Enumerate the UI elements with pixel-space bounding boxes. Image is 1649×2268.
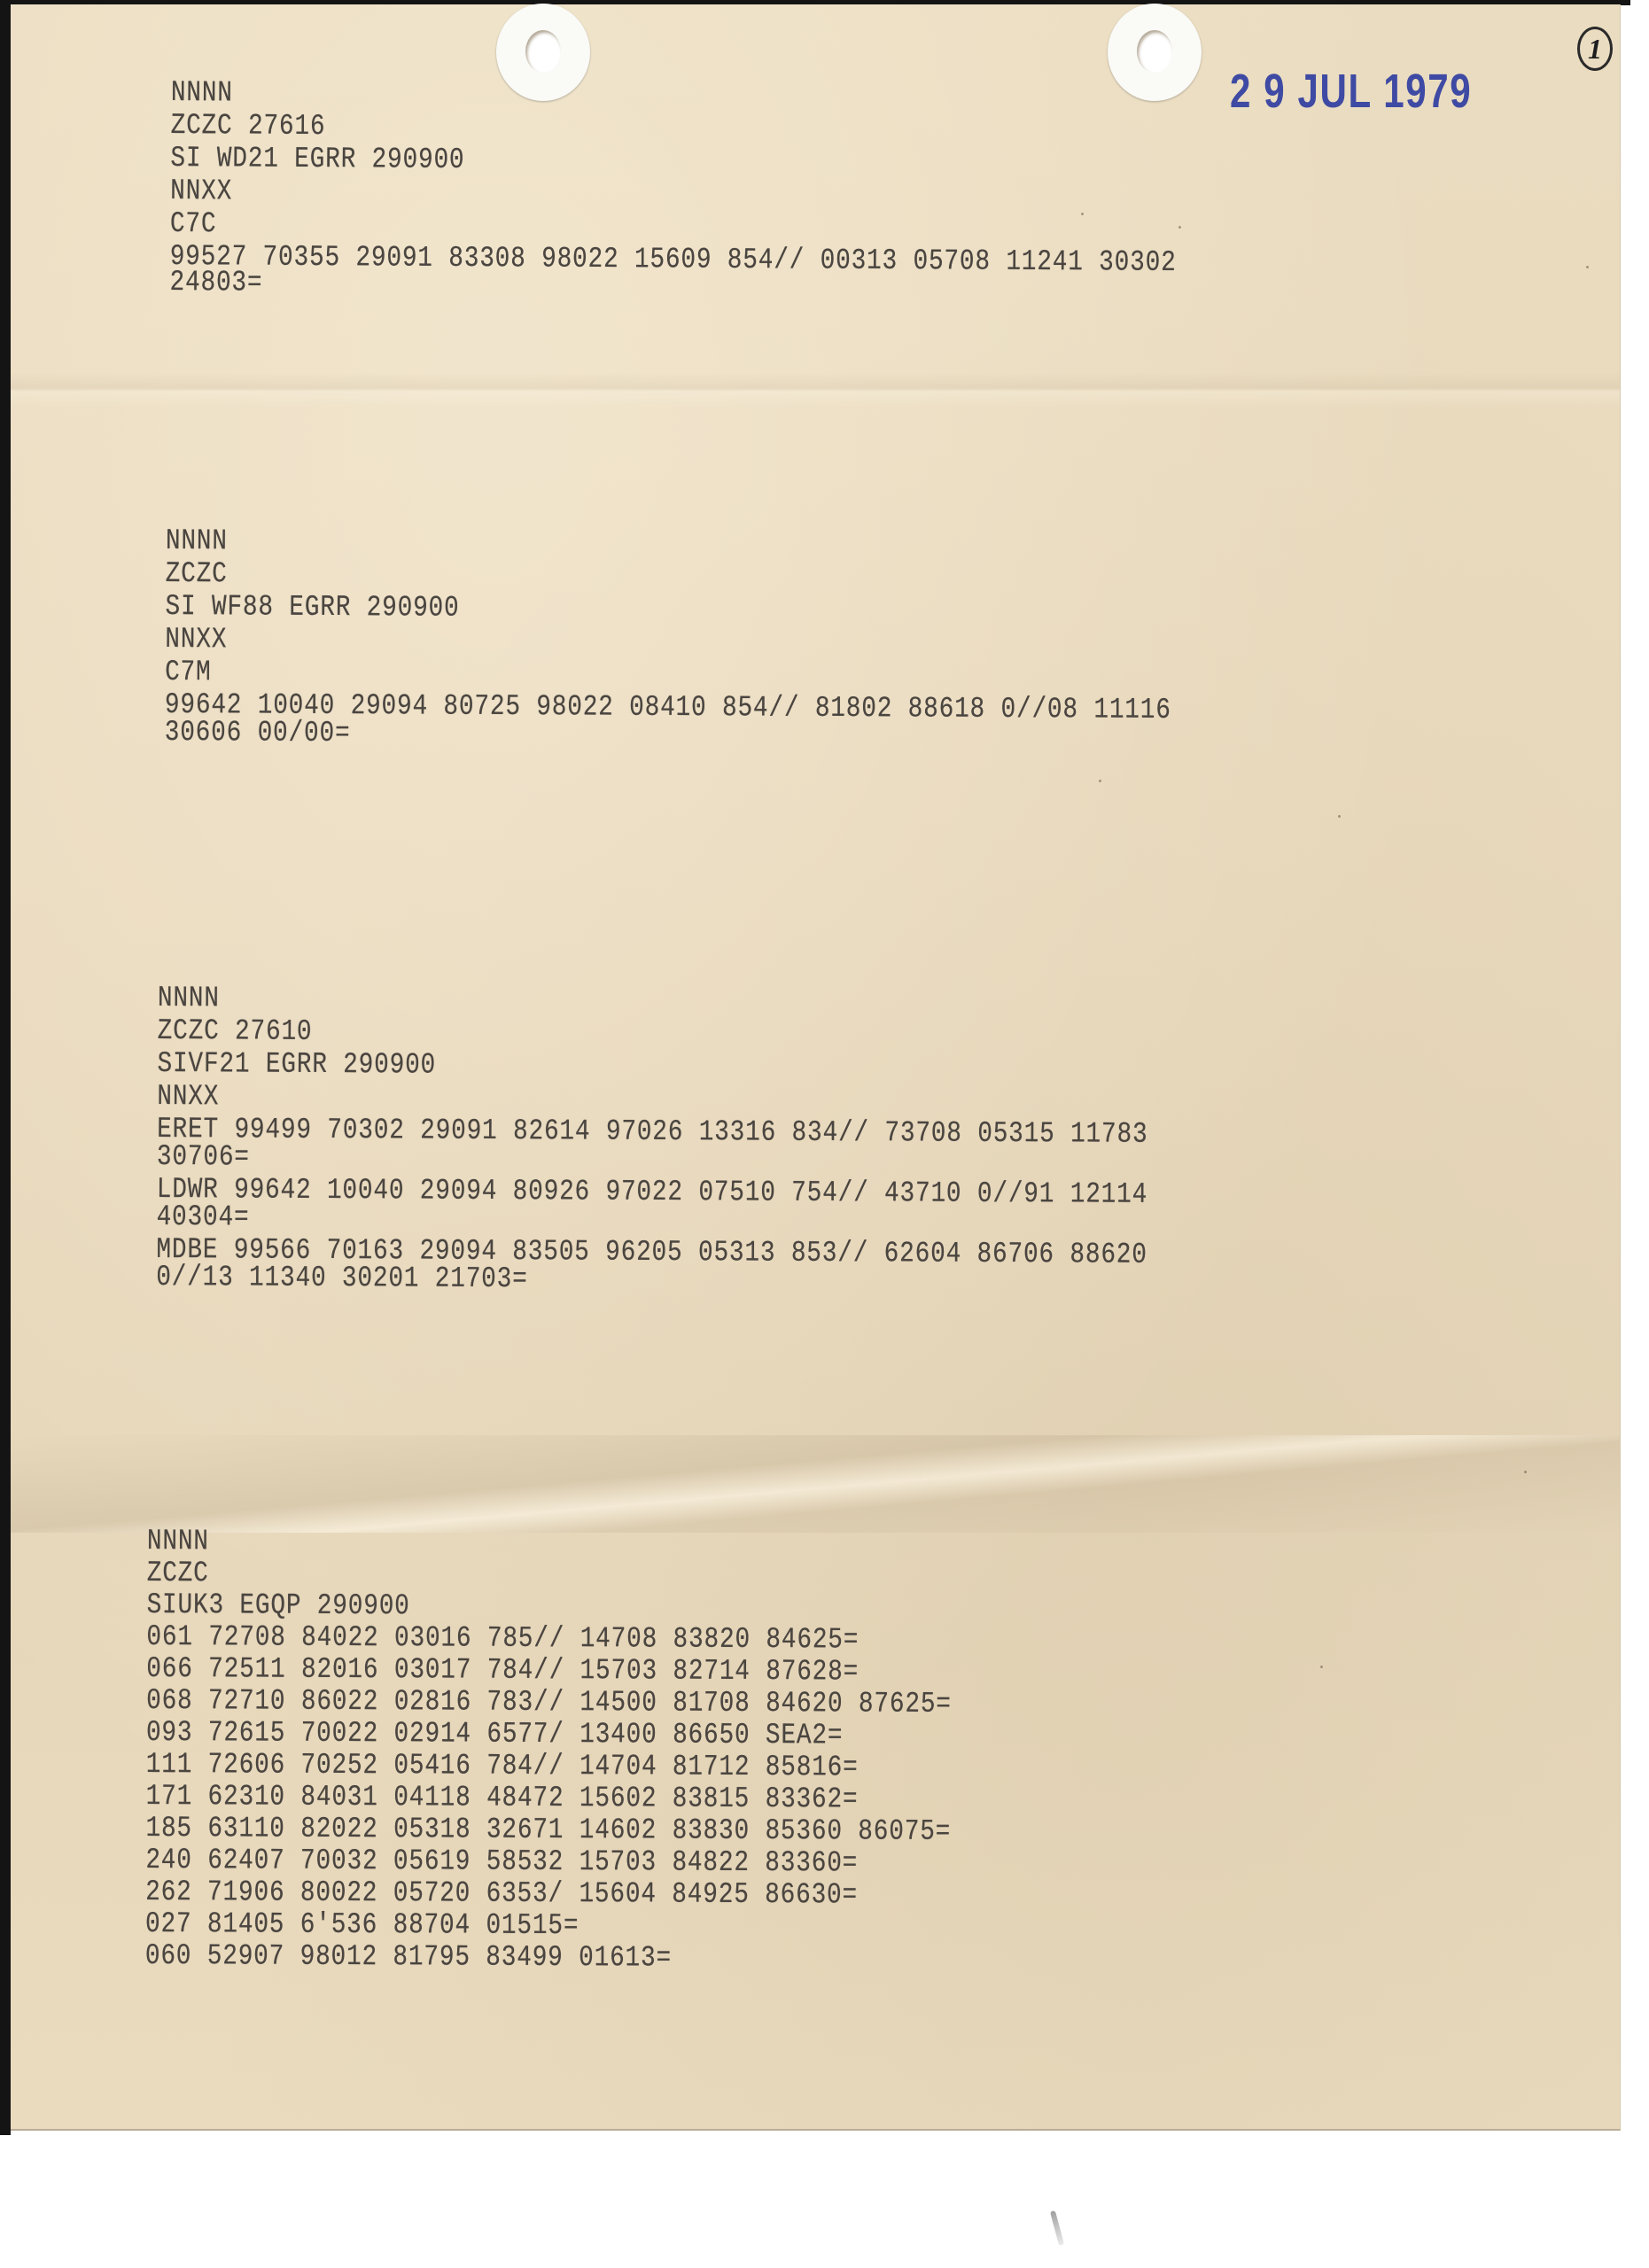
message-line: 0//13 11340 30201 21703= [156,1261,1147,1299]
message-line: C7M [165,656,1171,694]
message-line: ZCZC [147,1557,953,1593]
message-line: 093 72615 70022 02914 6577/ 13400 86650 … [146,1717,952,1752]
message-line: NNNN [147,1526,953,1561]
message-line: 171 62310 84031 04118 48472 15602 83815 … [146,1781,952,1816]
message-block-2: NNNN ZCZC SI WF88 EGRR 290900 NNXX C7M 9… [165,524,1365,755]
message-line: SI WF88 EGRR 290900 [165,590,1171,628]
message-line: 240 62407 70032 05619 58532 15703 84822 … [145,1845,951,1880]
message-line: 027 81405 6'536 88704 01515= [145,1908,951,1944]
message-line: 40304= [157,1200,1148,1239]
message-block-3: NNNN ZCZC 27610 SIVF21 EGRR 290900 NNXX … [156,982,1337,1300]
message-line: 30706= [157,1140,1148,1178]
message-line: 111 72606 70252 05416 784// 14704 81712 … [146,1749,952,1784]
message-line: 185 63110 82022 05318 32671 14602 83830 … [145,1813,951,1848]
message-line: ZCZC [166,557,1172,595]
hole-icon [525,30,561,73]
message-line: NNNN [158,982,1149,1020]
page-number-circled-icon: 1 [1577,27,1613,71]
message-line: NNNN [166,524,1172,563]
hole-icon [1137,30,1172,73]
message-line: 24803= [169,266,1176,305]
message-line: NNXX [157,1080,1148,1118]
message-line: 060 52907 98012 81795 83499 01613= [145,1940,951,1976]
scan-scratch-mark [1050,2210,1064,2246]
message-block-1: NNNN ZCZC 27616 SI WD21 EGRR 290900 NNXX… [169,76,1369,306]
message-line: 066 72511 82016 03017 784// 15703 82714 … [146,1653,952,1689]
message-line: 30606 00/00= [165,716,1171,754]
message-line: NNXX [165,623,1171,661]
message-block-4: NNNN ZCZC SIUK3 EGQP 290900 061 72708 84… [145,1526,1106,1977]
message-line: SIVF21 EGRR 290900 [157,1047,1148,1085]
message-line: 061 72708 84022 03016 785// 14708 83820 … [146,1621,952,1657]
scan-border-left [0,0,11,2135]
message-line: SIUK3 EGQP 290900 [147,1589,953,1625]
message-line: 068 72710 86022 02816 783// 14500 81708 … [146,1685,952,1720]
message-line: ZCZC 27610 [158,1014,1149,1052]
message-line: 262 71906 80022 05720 6353/ 15604 84925 … [145,1876,951,1912]
